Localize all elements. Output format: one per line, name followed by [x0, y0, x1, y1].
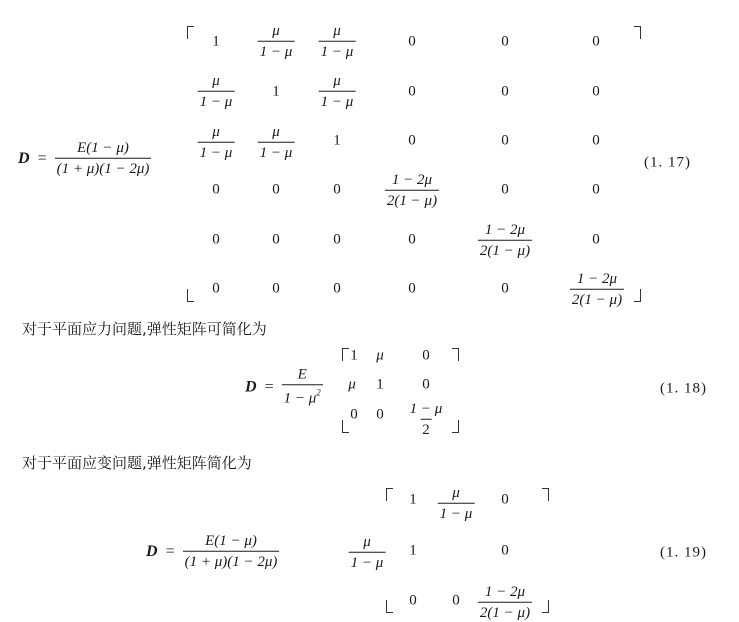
bracket-bottom-left — [386, 600, 393, 613]
matrix-cell: 0 — [272, 183, 280, 198]
matrix-cell: μ1 − μ — [438, 485, 475, 524]
matrix-cell: 0 — [592, 233, 600, 248]
matrix-cell: μ1 − μ — [349, 534, 386, 573]
matrix-cell: 0 — [272, 282, 280, 297]
matrix-cell: 0 — [501, 493, 509, 508]
bracket-bottom-left — [342, 420, 349, 433]
equation-lhs: D = E 1 − μ2 — [245, 366, 323, 408]
bracket-top-left — [187, 26, 194, 39]
matrix-cell: 0 — [592, 134, 600, 149]
bracket-top-left — [386, 488, 393, 501]
equals-sign: = — [38, 150, 47, 168]
matrix-cell: 0 — [408, 282, 416, 297]
matrix-symbol-d: D — [146, 543, 158, 561]
matrix-cell: μ1 − μ — [198, 124, 235, 163]
matrix-cell: μ1 − μ — [258, 124, 295, 163]
bracket-bottom-right — [634, 289, 641, 302]
matrix-cell: 1 — [272, 85, 280, 100]
matrix-cell: 1 − 2μ2(1 − μ) — [385, 172, 439, 211]
matrix-cell: 0 — [501, 85, 509, 100]
coefficient-denominator: (1 + μ)(1 − 2μ) — [55, 158, 152, 178]
matrix-cell: 0 — [592, 85, 600, 100]
matrix-cell: μ1 − μ — [319, 73, 356, 112]
equals-sign: = — [166, 543, 175, 561]
matrix-cell: 0 — [212, 183, 220, 198]
coefficient-numerator: E(1 − μ) — [203, 533, 259, 551]
coefficient-numerator: E(1 − μ) — [75, 140, 131, 158]
coefficient-fraction: E(1 − μ) (1 + μ)(1 − 2μ) — [183, 533, 280, 572]
bracket-top-right — [634, 26, 641, 39]
coefficient-denominator: 1 − μ2 — [282, 385, 323, 408]
matrix-cell: 1 − μ2 — [408, 401, 445, 440]
matrix-cell: 0 — [592, 35, 600, 50]
matrix-symbol-d: D — [18, 150, 30, 168]
matrix-cell: 0 — [376, 408, 384, 423]
bracket-bottom-left — [187, 289, 194, 302]
matrix-cell: 0 — [408, 85, 416, 100]
matrix-cell: 1 — [333, 134, 341, 149]
matrix-cell: 1 — [376, 378, 384, 393]
equation-lhs: D = E(1 − μ) (1 + μ)(1 − 2μ) — [146, 533, 279, 572]
paragraph-plane-stress: 对于平面应力问题,弹性矩阵可简化为 — [22, 318, 267, 339]
matrix-cell: μ1 − μ — [258, 23, 295, 62]
matrix-cell: 0 — [333, 233, 341, 248]
matrix-symbol-d: D — [245, 378, 257, 396]
matrix-cell: 0 — [408, 134, 416, 149]
matrix-cell: 1 − 2μ2(1 − μ) — [478, 222, 532, 261]
coefficient-numerator: E — [296, 366, 309, 384]
equation-number: (1. 17) — [644, 155, 691, 172]
matrix-cell: 0 — [409, 594, 417, 609]
equals-sign: = — [265, 378, 274, 396]
matrix-cell: 0 — [452, 594, 460, 609]
matrix-cell: 0 — [212, 233, 220, 248]
bracket-top-right — [452, 348, 459, 361]
matrix-cell: 0 — [501, 134, 509, 149]
matrix-cell: μ1 − μ — [198, 73, 235, 112]
bracket-bottom-right — [542, 600, 549, 613]
paragraph-plane-strain: 对于平面应变问题,弹性矩阵简化为 — [22, 452, 252, 473]
bracket-bottom-right — [452, 420, 459, 433]
matrix-cell: μ — [376, 349, 384, 364]
matrix-cell: 0 — [408, 233, 416, 248]
matrix-cell: 0 — [592, 183, 600, 198]
matrix-cell: 1 — [212, 35, 220, 50]
matrix-cell: 1 − 2μ2(1 − μ) — [478, 584, 532, 622]
matrix-cell: 0 — [212, 282, 220, 297]
equation-number: (1. 19) — [660, 545, 707, 562]
matrix-cell: 1 − 2μ2(1 − μ) — [570, 271, 624, 310]
bracket-top-left — [342, 348, 349, 361]
matrix-cell: 0 — [350, 408, 358, 423]
matrix-cell: 0 — [333, 282, 341, 297]
coefficient-fraction: E(1 − μ) (1 + μ)(1 − 2μ) — [55, 140, 152, 179]
matrix-cell: μ1 − μ — [319, 23, 356, 62]
matrix-cell: 0 — [422, 349, 430, 364]
matrix-cell: 0 — [422, 378, 430, 393]
coefficient-denominator: (1 + μ)(1 − 2μ) — [183, 551, 280, 571]
matrix-cell: 0 — [501, 282, 509, 297]
equation-number: (1. 18) — [660, 381, 707, 398]
matrix-cell: 1 — [409, 493, 417, 508]
matrix-cell: 0 — [333, 183, 341, 198]
matrix-cell: 1 — [409, 544, 417, 559]
matrix-cell: 0 — [501, 544, 509, 559]
matrix-cell: μ — [348, 378, 356, 393]
matrix-cell: 1 — [350, 349, 358, 364]
matrix-cell: 0 — [501, 183, 509, 198]
matrix-cell: 0 — [408, 35, 416, 50]
equation-lhs: D = E(1 − μ) (1 + μ)(1 − 2μ) — [18, 140, 151, 179]
coefficient-fraction: E 1 − μ2 — [282, 366, 323, 408]
matrix-cell: 0 — [501, 35, 509, 50]
matrix-cell: 0 — [272, 233, 280, 248]
bracket-top-right — [542, 488, 549, 501]
